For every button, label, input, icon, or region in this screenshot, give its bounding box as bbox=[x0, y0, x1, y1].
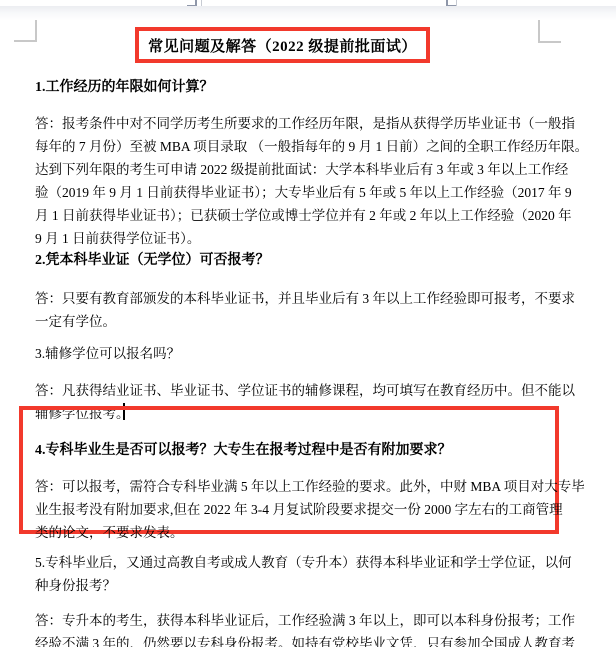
answer-line: 经验不满 3 年的，仍然要以专科身份报考。如持有党校毕业文凭，只有参加全国成人教… bbox=[35, 632, 555, 647]
answer-line: 答：凡获得结业证书、毕业证书、学位证书的辅修课程，均可填写在教育经历中。但不能以 bbox=[35, 379, 555, 402]
answer-line: 业生报考没有附加要求,但在 2022 年 3-4 月复试阶段要求提交一份 200… bbox=[35, 498, 555, 521]
word-document-view: { "colors": { "annotation_red": "#f2392c… bbox=[0, 0, 616, 647]
question-text: 4.专科毕业生是否可以报考？大专生在报考过程中是否有附加要求？ bbox=[35, 439, 555, 462]
answer-line: 月 1 日前获得毕业证书）；已获硕士学位或博士学位并有 2 年或 2 年以上工作… bbox=[35, 204, 555, 227]
question-2-heading: 2.凭本科毕业证（无学位）可否报考？ bbox=[35, 249, 555, 272]
question-text: 种身份报考？ bbox=[35, 574, 555, 597]
answer-line: 9 月 1 日前获得学位证书）。 bbox=[35, 227, 555, 250]
question-1-heading: 1.工作经历的年限如何计算？ bbox=[35, 76, 555, 99]
title-highlight-box: 常见问题及解答（2022 级提前批面试） bbox=[135, 27, 430, 63]
text-boundary-mark-top-left-v bbox=[35, 20, 37, 41]
answer-line: 一定有学位。 bbox=[35, 310, 555, 333]
answer-line: 答：可以报考，需符合专科毕业满 5 年以上工作经验的要求。此外，中财 MBA 项… bbox=[35, 475, 555, 498]
question-3-heading: 3.辅修学位可以报名吗？ bbox=[35, 342, 555, 365]
answer-line: 验（2019 年 9 月 1 日前获得毕业证书）；大专毕业后有 5 年或 5 年… bbox=[35, 181, 555, 204]
answer-line: 答：专升本的考生，获得本科毕业证后，工作经验满 3 年以上，即可以本科身份报考；… bbox=[35, 609, 555, 632]
text-boundary-mark-top-left-h bbox=[14, 40, 37, 42]
answer-5: 答：专升本的考生，获得本科毕业证后，工作经验满 3 年以上，即可以本科身份报考；… bbox=[35, 609, 555, 647]
text-boundary-mark-top-right-v bbox=[538, 20, 540, 42]
page-title: 常见问题及解答（2022 级提前批面试） bbox=[148, 35, 417, 56]
answer-2: 答：只要有教育部颁发的本科毕业证书，并且毕业后有 3 年以上工作经验即可报考，不… bbox=[35, 287, 555, 333]
question-text: 3.辅修学位可以报名吗？ bbox=[35, 342, 555, 365]
question-5-heading: 5.专科毕业后，又通过高教自考或成人教育（专升本）获得本科毕业证和学士学位证，以… bbox=[35, 551, 555, 597]
text-boundary-mark-top-right-h bbox=[538, 41, 561, 43]
answer-1: 答：报考条件中对不同学历考生所要求的工作经历年限，是指从获得学历毕业证书（一般指… bbox=[35, 112, 555, 250]
question-text: 2.凭本科毕业证（无学位）可否报考？ bbox=[35, 249, 555, 272]
question-4-heading: 4.专科毕业生是否可以报考？大专生在报考过程中是否有附加要求？ bbox=[35, 439, 555, 462]
answer-line: 答：报考条件中对不同学历考生所要求的工作经历年限，是指从获得学历毕业证书（一般指 bbox=[35, 112, 555, 135]
answer-line: 答：只要有教育部颁发的本科毕业证书，并且毕业后有 3 年以上工作经验即可报考，不… bbox=[35, 287, 555, 310]
answer-line: 类的论文，不要求发表。 bbox=[35, 521, 555, 544]
question-text: 1.工作经历的年限如何计算？ bbox=[35, 76, 555, 99]
answer-4: 答：可以报考，需符合专科毕业满 5 年以上工作经验的要求。此外，中财 MBA 项… bbox=[35, 475, 555, 544]
toolbar-shadow bbox=[0, 6, 616, 21]
answer-line: 达到下列年限的考生可申请 2022 级提前批面试：大学本科毕业后有 3 年或 3… bbox=[35, 158, 555, 181]
question-text: 5.专科毕业后，又通过高教自考或成人教育（专升本）获得本科毕业证和学士学位证，以… bbox=[35, 551, 555, 574]
answer-line: 每年的 7 月份）至被 MBA 项目录取 （一般指每年的 9 月 1 日前）之间… bbox=[35, 135, 555, 158]
document-page[interactable]: 常见问题及解答（2022 级提前批面试） 1.工作经历的年限如何计算？ 答：报考… bbox=[0, 21, 616, 647]
